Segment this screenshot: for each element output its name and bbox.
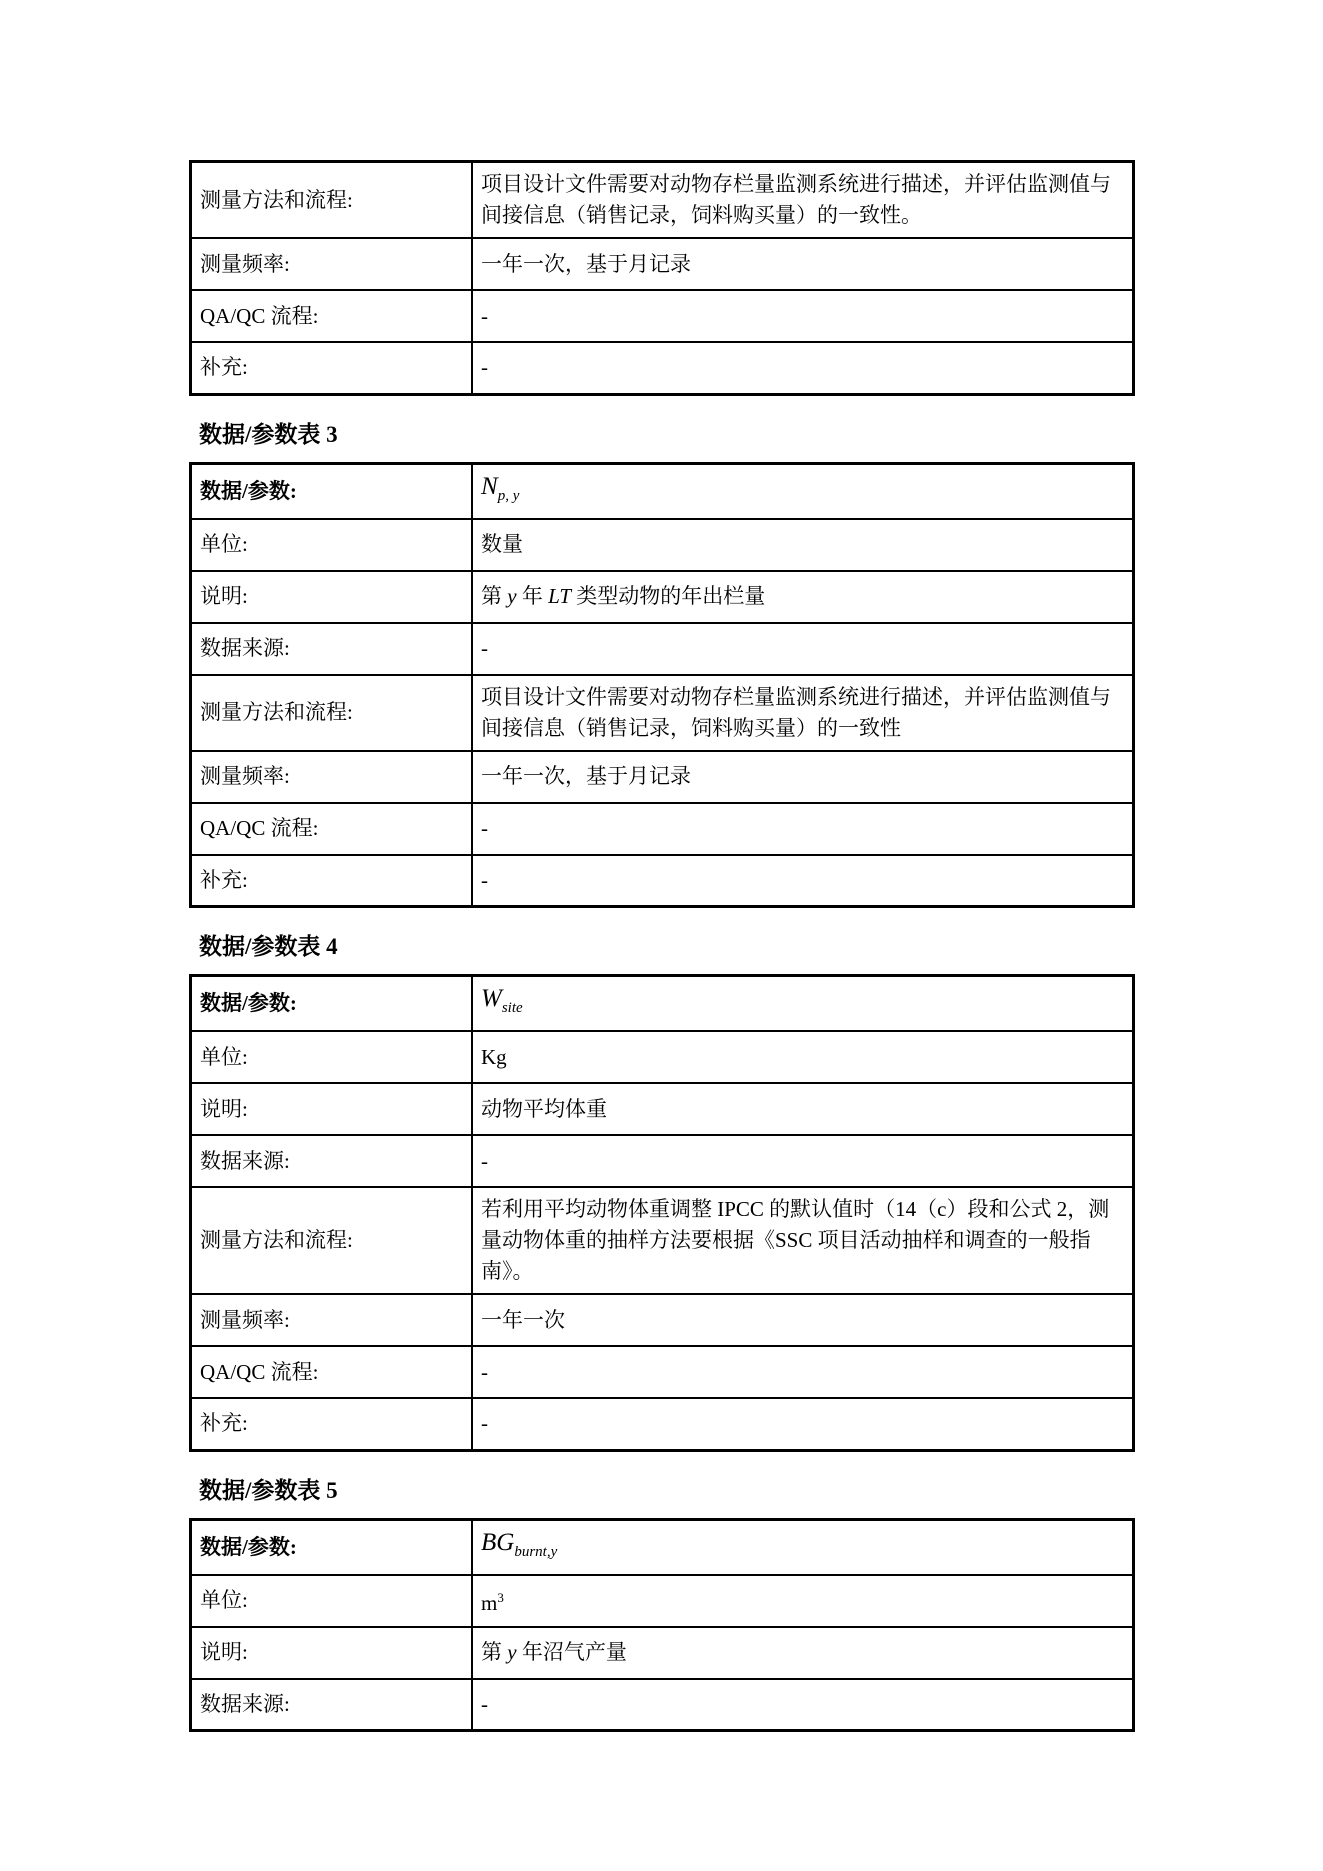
row-value-run: 一年一次 — [481, 1308, 565, 1332]
row-value-run: m — [481, 1591, 497, 1615]
row-value-cell: - — [472, 855, 1134, 907]
row-value-run: 类型动物的年出栏量 — [571, 584, 765, 608]
row-value-run: 项目设计文件需要对动物存栏量监测系统进行描述，并评估监测值与间接信息（销售记录，… — [481, 685, 1111, 740]
table-row: 说明:第 y 年沼气产量 — [191, 1627, 1134, 1679]
row-label: 测量频率: — [200, 764, 290, 788]
table-row: 测量方法和流程:项目设计文件需要对动物存栏量监测系统进行描述，并评估监测值与间接… — [191, 162, 1134, 239]
table-row: 补充:- — [191, 855, 1134, 907]
row-label-cell: 测量频率: — [191, 1294, 473, 1346]
table-row: 补充:- — [191, 342, 1134, 394]
row-label-cell: 补充: — [191, 855, 473, 907]
table-heading: 数据/参数表 5 — [199, 1476, 1135, 1506]
row-label: 测量方法和流程: — [200, 700, 353, 724]
row-label-cell: 测量方法和流程: — [191, 675, 473, 751]
row-label: 单位: — [200, 532, 248, 556]
row-value-run: burnt,y — [514, 1544, 557, 1560]
row-value-run: 一年一次，基于月记录 — [481, 252, 691, 276]
row-label: 补充: — [200, 1411, 248, 1435]
row-value-cell: 若利用平均动物体重调整 IPCC 的默认值时（14（c）段和公式 2，测量动物体… — [472, 1187, 1134, 1294]
row-value-cell: 项目设计文件需要对动物存栏量监测系统进行描述，并评估监测值与间接信息（销售记录，… — [472, 162, 1134, 239]
row-label-cell: 说明: — [191, 571, 473, 623]
row-label-cell: 说明: — [191, 1083, 473, 1135]
row-value-cell: BGburnt,y — [472, 1519, 1134, 1575]
table-row: 数据来源:- — [191, 1135, 1134, 1187]
table-row: 补充:- — [191, 1398, 1134, 1450]
row-value-run: y — [507, 1640, 516, 1664]
table-row: 测量频率:一年一次，基于月记录 — [191, 751, 1134, 803]
row-value-cell: - — [472, 290, 1134, 342]
row-value-cell: - — [472, 803, 1134, 855]
data-parameter-table: 数据/参数:Wsite单位:Kg说明:动物平均体重数据来源:-测量方法和流程:若… — [189, 974, 1135, 1452]
row-label: 数据/参数: — [200, 1535, 297, 1559]
table-row: QA/QC 流程:- — [191, 290, 1134, 342]
row-value-cell: - — [472, 1135, 1134, 1187]
row-label: 说明: — [200, 584, 248, 608]
row-label: 测量方法和流程: — [200, 188, 353, 212]
row-label: 数据/参数: — [200, 479, 297, 503]
row-label: 说明: — [200, 1640, 248, 1664]
row-value-run: N — [481, 473, 498, 500]
row-value-cell: 一年一次，基于月记录 — [472, 751, 1134, 803]
table-heading: 数据/参数表 4 — [199, 932, 1135, 962]
row-value-cell: 动物平均体重 — [472, 1083, 1134, 1135]
row-value-run: - — [481, 1411, 488, 1435]
row-value-run: - — [481, 636, 488, 660]
table-row: 测量频率:一年一次，基于月记录 — [191, 238, 1134, 290]
row-value-cell: - — [472, 1679, 1134, 1731]
row-value-run: - — [481, 816, 488, 840]
row-value-run: Kg — [481, 1045, 507, 1069]
row-label-cell: 测量方法和流程: — [191, 1187, 473, 1294]
row-value-cell: 一年一次，基于月记录 — [472, 238, 1134, 290]
row-value-cell: 项目设计文件需要对动物存栏量监测系统进行描述，并评估监测值与间接信息（销售记录，… — [472, 675, 1134, 751]
table-row: QA/QC 流程:- — [191, 803, 1134, 855]
row-label-cell: 数据/参数: — [191, 1519, 473, 1575]
row-value-cell: m3 — [472, 1575, 1134, 1627]
row-value-run: - — [481, 868, 488, 892]
row-value-run: 若利用平均动物体重调整 IPCC 的默认值时（14（c）段和公式 2，测量动物体… — [481, 1197, 1109, 1283]
row-value-cell: Kg — [472, 1031, 1134, 1083]
row-value-run: site — [502, 1000, 523, 1016]
table-row: 数据/参数:Wsite — [191, 976, 1134, 1032]
document-content: 测量方法和流程:项目设计文件需要对动物存栏量监测系统进行描述，并评估监测值与间接… — [189, 0, 1135, 1732]
row-label-cell: 测量频率: — [191, 238, 473, 290]
row-label: 数据来源: — [200, 1149, 290, 1173]
row-label-cell: 测量方法和流程: — [191, 162, 473, 239]
row-label: 测量方法和流程: — [200, 1228, 353, 1252]
row-value-cell: 第 y 年 LT 类型动物的年出栏量 — [472, 571, 1134, 623]
table-row: 说明:动物平均体重 — [191, 1083, 1134, 1135]
table-row: 单位:Kg — [191, 1031, 1134, 1083]
row-label: 说明: — [200, 1097, 248, 1121]
row-value-cell: 第 y 年沼气产量 — [472, 1627, 1134, 1679]
row-label-cell: 数据/参数: — [191, 976, 473, 1032]
row-label: 数据来源: — [200, 636, 290, 660]
row-label-cell: 数据来源: — [191, 1135, 473, 1187]
document-page: { "page": { "background_color": "#ffffff… — [0, 0, 1323, 1871]
row-value-run: 第 — [481, 584, 507, 608]
table-row: 测量方法和流程:若利用平均动物体重调整 IPCC 的默认值时（14（c）段和公式… — [191, 1187, 1134, 1294]
table-row: 测量频率:一年一次 — [191, 1294, 1134, 1346]
row-label: 数据/参数: — [200, 991, 297, 1015]
table-row: QA/QC 流程:- — [191, 1346, 1134, 1398]
row-label: 补充: — [200, 355, 248, 379]
table-row: 单位:数量 — [191, 519, 1134, 571]
row-value-cell: - — [472, 342, 1134, 394]
row-label-cell: 测量频率: — [191, 751, 473, 803]
row-value-run: W — [481, 985, 502, 1012]
row-value-cell: - — [472, 1346, 1134, 1398]
row-value-cell: 数量 — [472, 519, 1134, 571]
data-parameter-table: 测量方法和流程:项目设计文件需要对动物存栏量监测系统进行描述，并评估监测值与间接… — [189, 160, 1135, 396]
row-label-cell: 单位: — [191, 1575, 473, 1627]
row-label: 测量频率: — [200, 1308, 290, 1332]
row-value-run: 数量 — [481, 532, 523, 556]
row-value-run: 年 — [517, 584, 549, 608]
table-row: 数据来源:- — [191, 623, 1134, 675]
row-label-cell: 补充: — [191, 342, 473, 394]
row-value-run: 第 — [481, 1640, 507, 1664]
row-label-cell: QA/QC 流程: — [191, 1346, 473, 1398]
row-value-run: - — [481, 1360, 488, 1384]
table-heading: 数据/参数表 3 — [199, 420, 1135, 450]
row-label: 单位: — [200, 1045, 248, 1069]
row-value-run: 3 — [497, 1590, 504, 1605]
row-value-run: 年沼气产量 — [517, 1640, 627, 1664]
row-label-cell: 说明: — [191, 1627, 473, 1679]
row-label-cell: QA/QC 流程: — [191, 803, 473, 855]
row-label-cell: 数据来源: — [191, 1679, 473, 1731]
table-row: 说明:第 y 年 LT 类型动物的年出栏量 — [191, 571, 1134, 623]
row-label: 补充: — [200, 868, 248, 892]
table-row: 数据/参数:BGburnt,y — [191, 1519, 1134, 1575]
row-value-cell: - — [472, 1398, 1134, 1450]
row-value-run: - — [481, 355, 488, 379]
row-value-cell: Wsite — [472, 976, 1134, 1032]
table-row: 单位:m3 — [191, 1575, 1134, 1627]
row-value-run: p, y — [498, 488, 520, 504]
row-label: QA/QC 流程: — [200, 816, 318, 840]
row-label: 测量频率: — [200, 252, 290, 276]
row-value-run: - — [481, 1692, 488, 1716]
row-label-cell: 单位: — [191, 1031, 473, 1083]
table-row: 测量方法和流程:项目设计文件需要对动物存栏量监测系统进行描述，并评估监测值与间接… — [191, 675, 1134, 751]
row-label: QA/QC 流程: — [200, 304, 318, 328]
row-value-run: 动物平均体重 — [481, 1097, 607, 1121]
row-value-run: 一年一次，基于月记录 — [481, 764, 691, 788]
row-value-run: - — [481, 304, 488, 328]
row-label-cell: 补充: — [191, 1398, 473, 1450]
row-label: QA/QC 流程: — [200, 1360, 318, 1384]
data-parameter-table: 数据/参数:Np, y单位:数量说明:第 y 年 LT 类型动物的年出栏量数据来… — [189, 462, 1135, 909]
row-label: 单位: — [200, 1588, 248, 1612]
row-value-run: 项目设计文件需要对动物存栏量监测系统进行描述，并评估监测值与间接信息（销售记录，… — [481, 172, 1111, 227]
table-row: 数据来源:- — [191, 1679, 1134, 1731]
table-row: 数据/参数:Np, y — [191, 463, 1134, 519]
row-value-run: - — [481, 1149, 488, 1173]
row-value-run: BG — [481, 1529, 514, 1556]
row-value-run: y — [507, 584, 516, 608]
row-label: 数据来源: — [200, 1692, 290, 1716]
row-label-cell: 单位: — [191, 519, 473, 571]
row-label-cell: 数据/参数: — [191, 463, 473, 519]
row-value-cell: 一年一次 — [472, 1294, 1134, 1346]
row-label-cell: 数据来源: — [191, 623, 473, 675]
row-value-run: LT — [548, 584, 571, 608]
row-value-cell: - — [472, 623, 1134, 675]
data-parameter-table: 数据/参数:BGburnt,y单位:m3说明:第 y 年沼气产量数据来源:- — [189, 1518, 1135, 1733]
row-value-cell: Np, y — [472, 463, 1134, 519]
row-label-cell: QA/QC 流程: — [191, 290, 473, 342]
